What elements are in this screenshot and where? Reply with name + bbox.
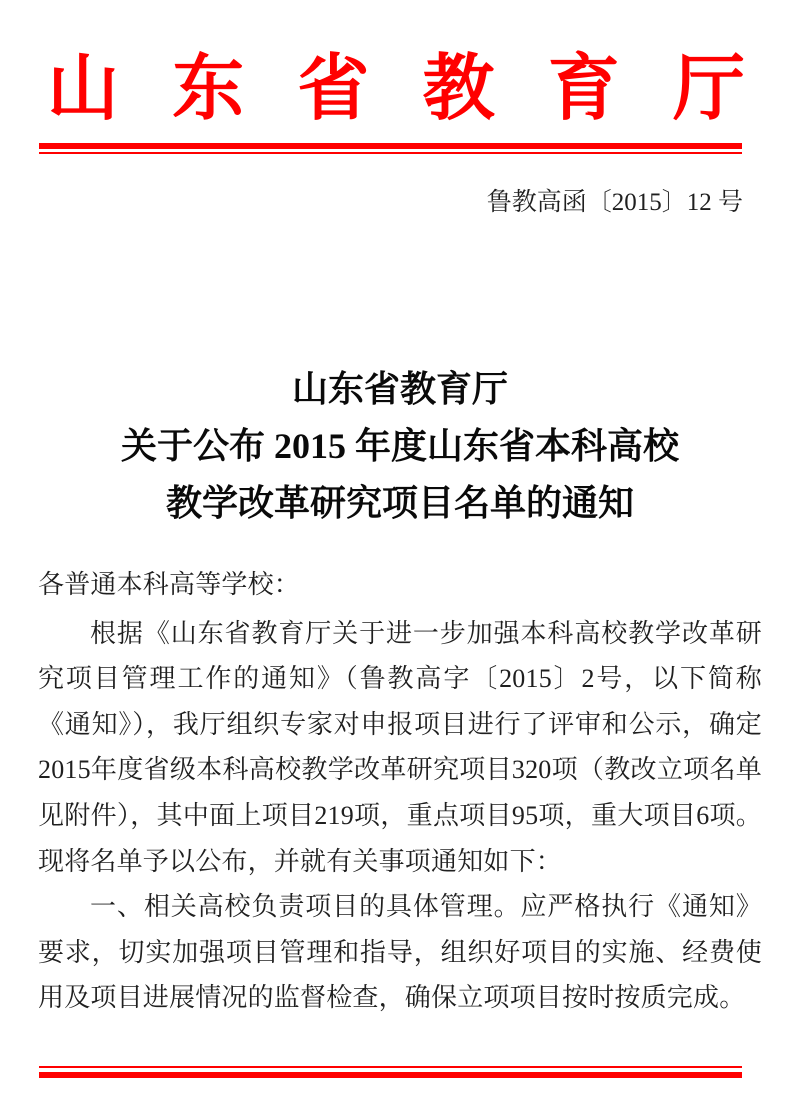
body-paragraph-1: 根据《山东省教育厅关于进一步加强本科高校教学改革研究项目管理工作的通知》（鲁教高…: [38, 611, 762, 885]
document-title-line-1: 山东省教育厅: [0, 361, 800, 418]
body-paragraph-2: 一、相关高校负责项目的具体管理。应严格执行《通知》要求，切实加强项目管理和指导，…: [38, 884, 762, 1021]
org-name-character: 育: [548, 52, 620, 126]
org-name-character: 山: [47, 52, 119, 126]
notice-document-page: 山东省教育厅 鲁教高函〔2015〕12 号 山东省教育厅 关于公布 2015 年…: [0, 0, 800, 1120]
org-name-character: 厅: [673, 52, 745, 126]
letterhead-org-name: 山东省教育厅: [47, 52, 745, 126]
document-title: 山东省教育厅 关于公布 2015 年度山东省本科高校 教学改革研究项目名单的通知: [0, 361, 800, 532]
thin-rule-line: [39, 152, 742, 154]
salutation: 各普通本科高等学校：: [38, 562, 762, 608]
org-name-character: 教: [423, 52, 495, 126]
document-body: 各普通本科高等学校： 根据《山东省教育厅关于进一步加强本科高校教学改革研究项目管…: [38, 562, 762, 1021]
document-title-line-3: 教学改革研究项目名单的通知: [0, 475, 800, 532]
document-title-line-2: 关于公布 2015 年度山东省本科高校: [0, 418, 800, 475]
letterhead-double-rule: [39, 143, 742, 154]
thin-rule-line: [39, 1066, 742, 1068]
thick-rule-line: [39, 143, 742, 149]
thick-rule-line: [39, 1072, 742, 1078]
org-name-character: 东: [172, 52, 244, 126]
org-name-character: 省: [297, 52, 369, 126]
footer-double-rule: [39, 1066, 742, 1078]
doc-number: 鲁教高函〔2015〕12 号: [487, 186, 743, 219]
